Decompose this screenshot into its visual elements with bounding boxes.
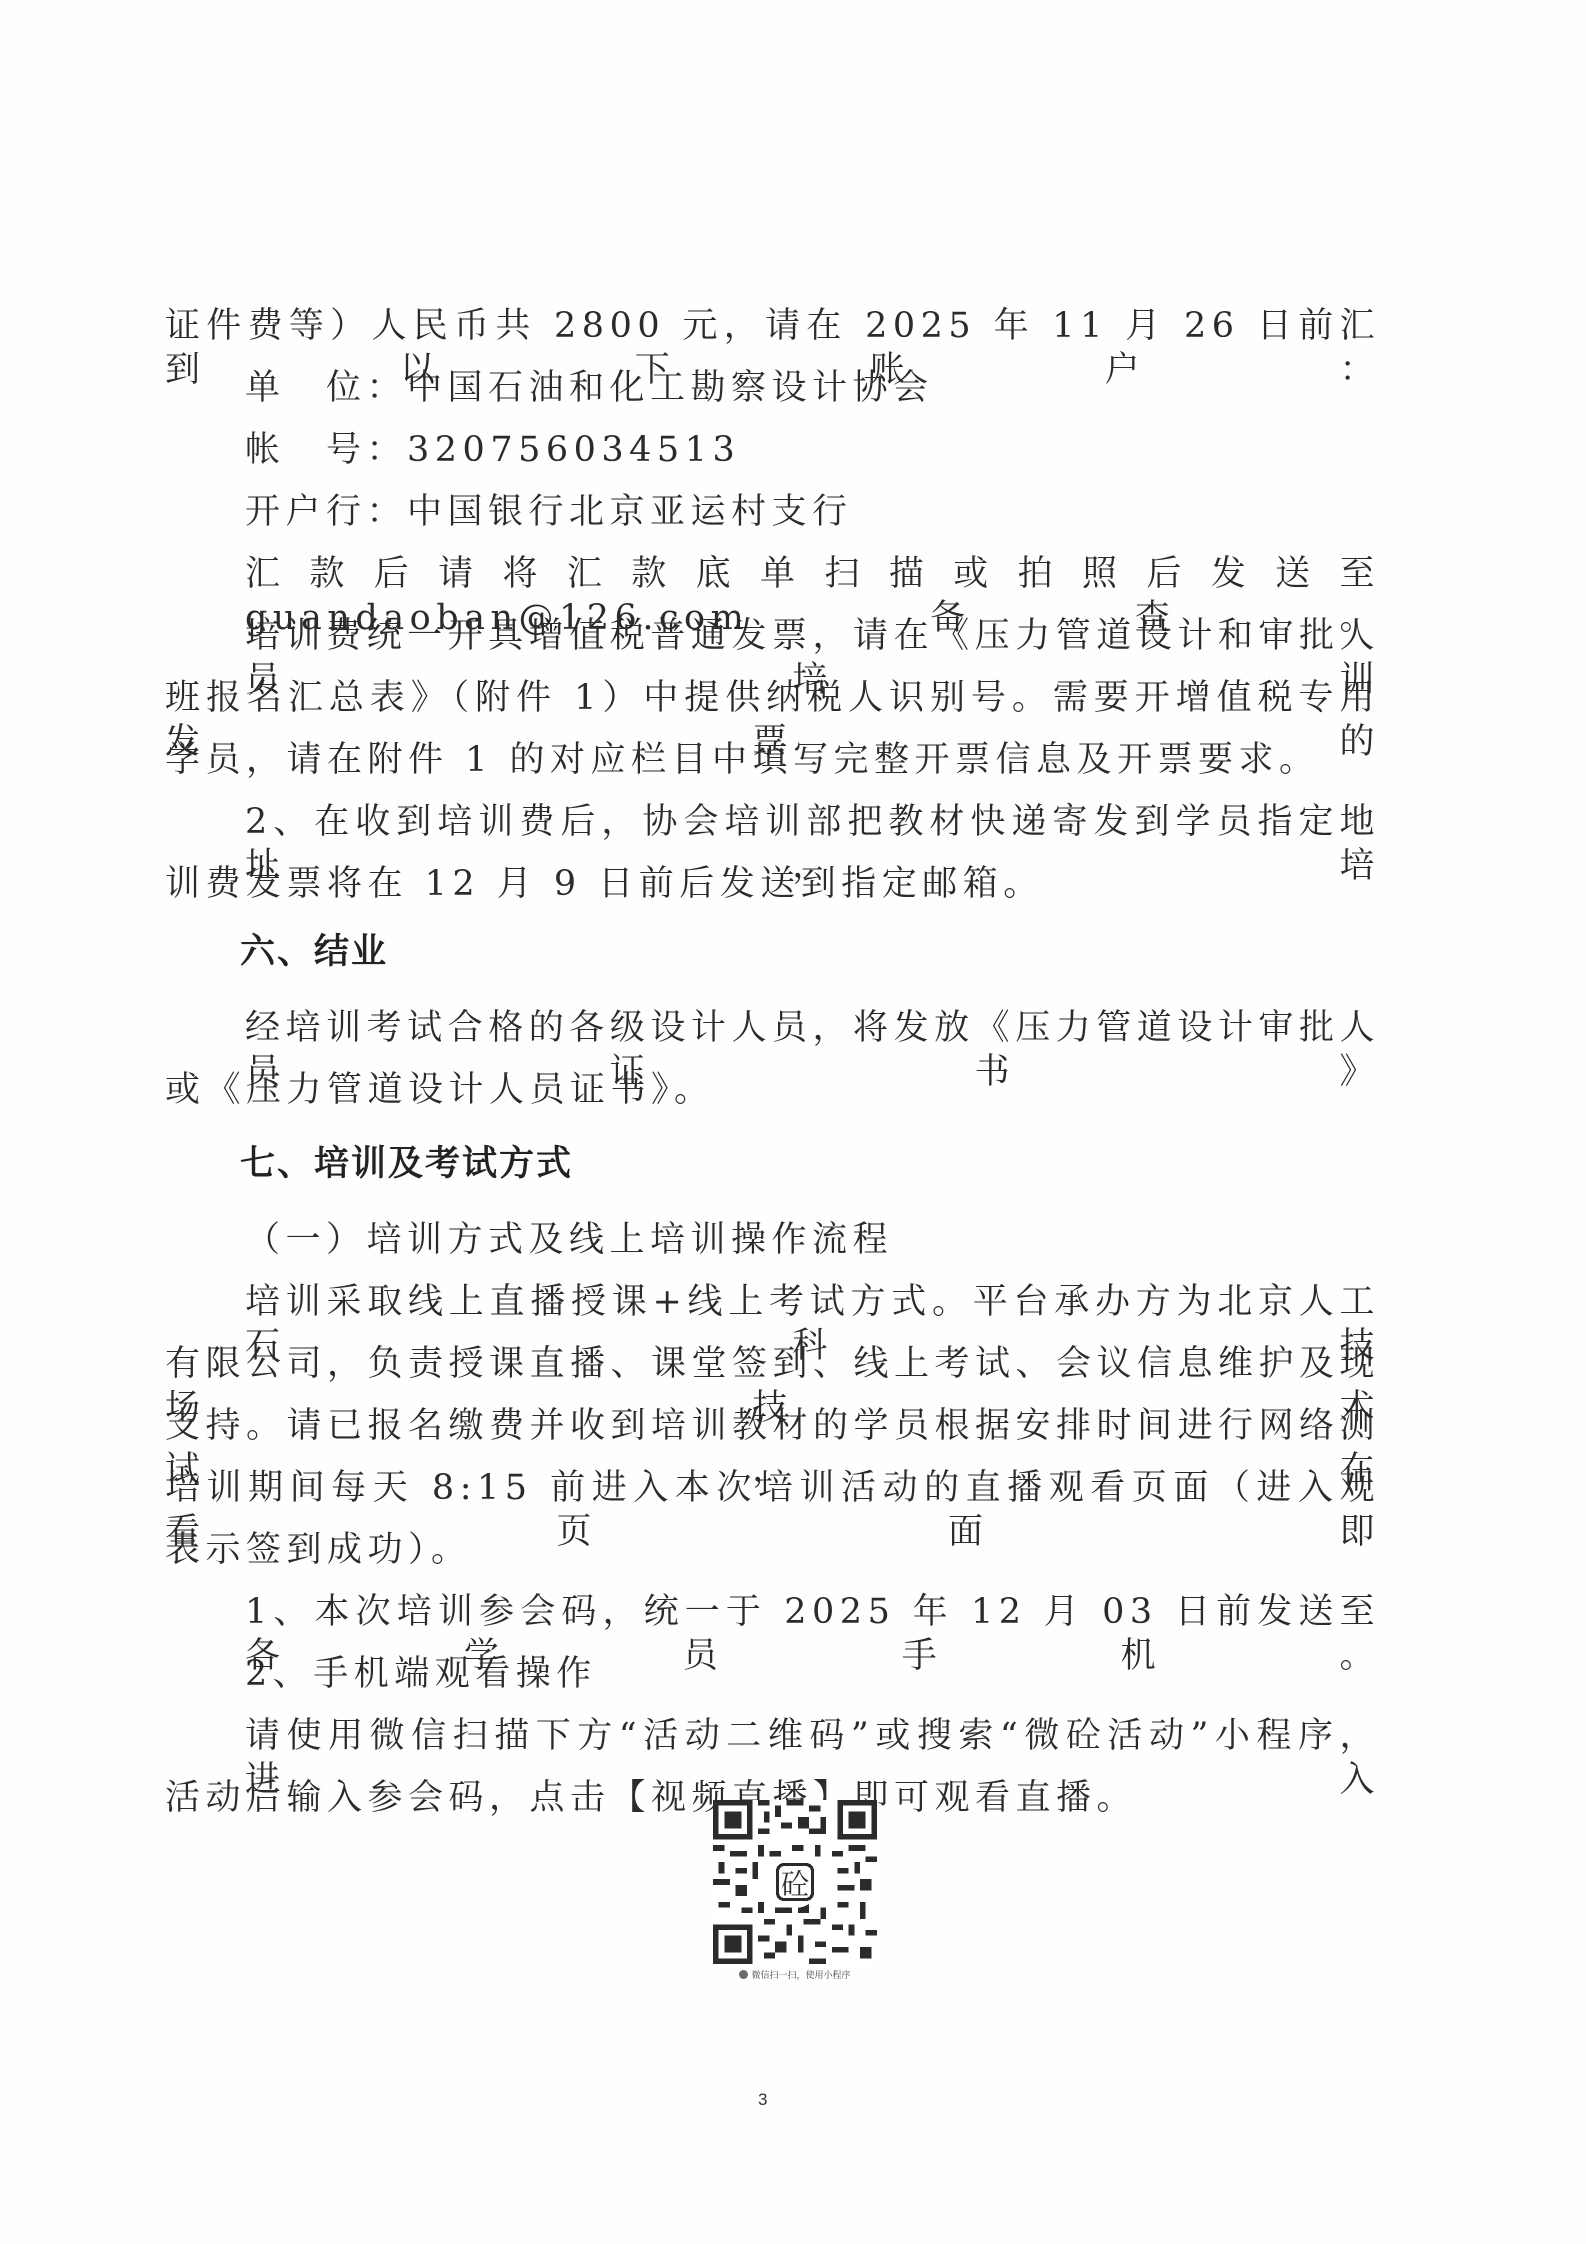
section-7-intro-line-5: 表示签到成功）。 bbox=[165, 1528, 1380, 1572]
activity-qr-code: 砼 微信扫一扫，使用小程序 bbox=[705, 1800, 885, 1995]
qr-code-icon: 砼 bbox=[713, 1800, 877, 1964]
document-page: 证件费等）人民币共 2800 元，请在 2025 年 11 月 26 日前汇到以… bbox=[0, 0, 1586, 2244]
item2-line-2: 训费发票将在 12 月 9 日前后发送到指定邮箱。 bbox=[165, 862, 1380, 906]
account-label: 帐 号： bbox=[245, 430, 407, 470]
qr-caption: 微信扫一扫，使用小程序 bbox=[705, 1968, 885, 1981]
qr-caption-text: 微信扫一扫，使用小程序 bbox=[751, 1971, 850, 1981]
bank-value: 中国银行北京亚运村支行 bbox=[407, 492, 853, 532]
invoice-para-line-3: 学员，请在附件 1 的对应栏目中填写完整开票信息及开票要求。 bbox=[165, 738, 1380, 782]
svg-text:砼: 砼 bbox=[781, 1868, 809, 1901]
payment-unit-row: 单 位：中国石油和化工勘察设计协会 bbox=[245, 366, 1380, 410]
section-7-heading: 七、培训及考试方式 bbox=[240, 1142, 573, 1186]
section-7-subheading: （一）培训方式及线上培训操作流程 bbox=[245, 1218, 1380, 1262]
unit-label: 单 位： bbox=[245, 368, 407, 408]
section-7-item-2-title: 2、手机端观看操作 bbox=[245, 1652, 1380, 1696]
payment-bank-row: 开户行：中国银行北京亚运村支行 bbox=[245, 490, 1380, 534]
section-6-heading: 六、结业 bbox=[240, 930, 388, 974]
section-6-body-line-2: 或《压力管道设计人员证书》。 bbox=[165, 1068, 1380, 1112]
wechat-icon bbox=[739, 1970, 748, 1979]
bank-label: 开户行： bbox=[245, 492, 407, 532]
payment-account-row: 帐 号：320756034513 bbox=[245, 428, 1380, 472]
account-value: 320756034513 bbox=[407, 430, 740, 470]
page-number: 3 bbox=[758, 2090, 767, 2110]
unit-value: 中国石油和化工勘察设计协会 bbox=[407, 368, 934, 408]
